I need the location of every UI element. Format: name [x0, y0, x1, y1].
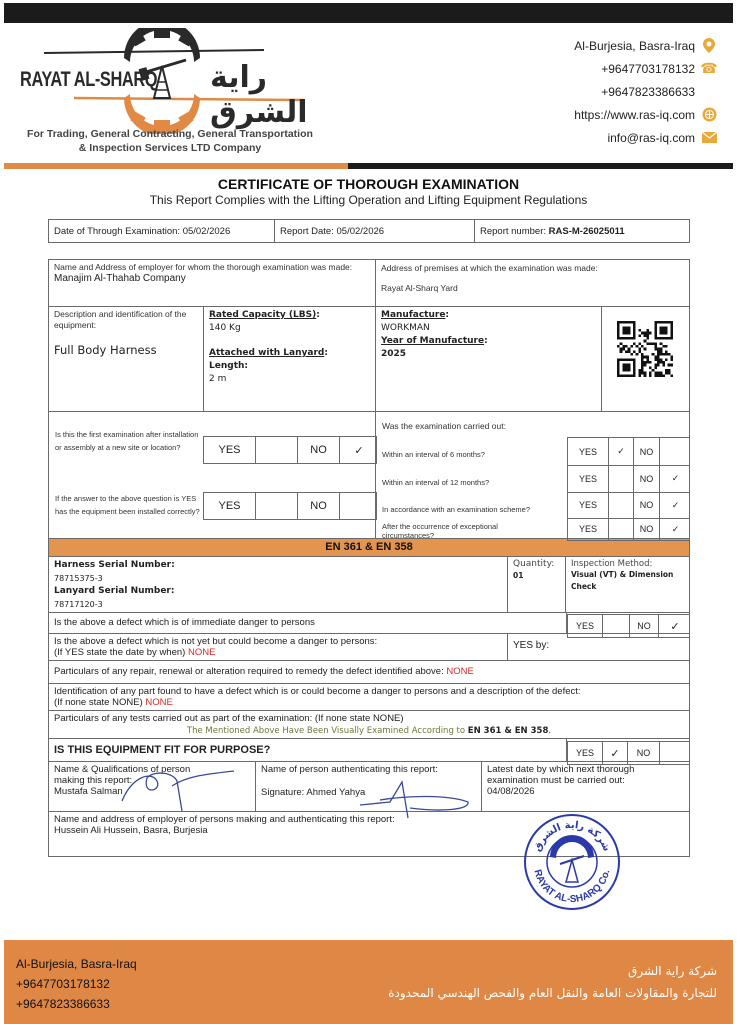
website-link[interactable]: https://www.ras-iq.com — [574, 108, 695, 122]
carried-out-1-yes-box[interactable] — [609, 465, 634, 492]
capacity-cell: Rated Capacity (LBS): 140 Kg Attached wi… — [204, 307, 376, 411]
authenticator-signature: Signature: Ahmed Yahya — [261, 787, 476, 798]
capacity-value: 140 Kg — [209, 322, 370, 335]
address-text: Al-Burjesia, Basra-Iraq — [574, 39, 695, 53]
carried-out-3-yes[interactable]: YES — [568, 518, 609, 540]
company-logo: RAYAT AL-SHARQ راية الشرق — [14, 28, 324, 134]
immediate-no-box[interactable]: ✓ — [659, 615, 691, 637]
serials-cell: Harness Serial Number: 78715375-3 Lanyar… — [49, 557, 508, 612]
footer: Al-Burjesia, Basra-Iraq +9647703178132 +… — [4, 940, 733, 1024]
location-pin-icon — [701, 38, 717, 54]
inspection-method-cell: Inspection Method: Visual (VT) & Dimensi… — [566, 557, 689, 612]
header-top-bar — [4, 3, 733, 23]
premises-value: Rayat Al-Sharq Yard — [381, 283, 684, 293]
header-divider-orange — [4, 163, 348, 169]
carried-out-3-no-box[interactable]: ✓ — [660, 518, 691, 540]
carried-out-2-yes[interactable]: YES — [568, 492, 609, 518]
installed-yes-box[interactable] — [256, 493, 298, 519]
footer-arabic-name: شركة راية الشرق للتجارة والمقاولات العام… — [388, 960, 717, 1004]
immediate-danger-answer: YES NO ✓ — [567, 614, 690, 638]
inspection-method: Visual (VT) & Dimension Check — [571, 569, 684, 593]
carried-out-2-no-box[interactable]: ✓ — [660, 492, 691, 518]
carried-out-0-no-box[interactable] — [660, 438, 691, 465]
fit-for-purpose-question: IS THIS EQUIPMENT FIT FOR PURPOSE? — [49, 739, 567, 761]
report-maker-cell: Name & Qualifications of person making t… — [49, 762, 256, 811]
tagline-line-2: & Inspection Services LTD Company — [20, 141, 320, 155]
contact-address: Al-Burjesia, Basra-Iraq — [574, 34, 717, 57]
next-exam-cell: Latest date by which next thorough exami… — [482, 762, 689, 811]
phone-2-text[interactable]: +9647823386633 — [601, 85, 695, 99]
carried-out-0-yes-box[interactable]: ✓ — [609, 438, 634, 465]
standard-band: EN 361 & EN 358 — [49, 539, 689, 557]
employer-cell: Name and Address of employer for whom th… — [49, 260, 376, 306]
tagline-line-1: For Trading, General Contracting, Genera… — [20, 127, 320, 141]
company-stamp: شركة راية الشرق RAYAT AL-SHARQ Co. — [522, 812, 622, 912]
serials-row: Harness Serial Number: 78715375-3 Lanyar… — [49, 557, 689, 613]
contact-website[interactable]: https://www.ras-iq.com — [574, 103, 717, 126]
report-dates-table: Date of Through Examination: 05/02/2026 … — [48, 219, 690, 243]
logo-text-en: RAYAT AL-SHARQ — [20, 68, 157, 92]
exam-date: 05/02/2026 — [183, 226, 231, 237]
first-exam-yes[interactable]: YES — [204, 437, 256, 463]
carried-out-2-no[interactable]: NO — [634, 492, 660, 518]
manufacture-cell: Manufacture: WORKMAN Year of Manufacture… — [376, 307, 602, 411]
fit-yes-box[interactable]: ✓ — [603, 742, 628, 764]
installed-no-box[interactable] — [340, 493, 378, 519]
company-tagline: For Trading, General Contracting, Genera… — [20, 127, 320, 155]
contact-email[interactable]: info@ras-iq.com — [574, 126, 717, 149]
carried-out-2-yes-box[interactable] — [609, 492, 634, 518]
carried-out-answer-1: YESNO✓ — [567, 465, 690, 493]
repair-value: NONE — [446, 666, 473, 677]
qr-code — [617, 321, 673, 377]
carried-out-0-yes[interactable]: YES — [568, 438, 609, 465]
carried-out-1-no[interactable]: NO — [634, 465, 660, 492]
globe-icon — [701, 107, 717, 123]
carried-out-answer-2: YESNO✓ — [567, 492, 690, 519]
footer-address: Al-Burjesia, Basra-Iraq — [16, 954, 137, 974]
fit-no-box[interactable] — [660, 742, 691, 764]
standard-label: EN 361 & EN 358 — [49, 539, 689, 556]
future-danger-row: Is the above a defect which is not yet b… — [49, 634, 689, 661]
report-number: RAS-M-26025011 — [549, 226, 625, 237]
quantity-value: 01 — [513, 571, 560, 580]
fit-no[interactable]: NO — [628, 742, 660, 764]
equipment-row: Description and identification of the eq… — [49, 307, 689, 412]
tests-row: Particulars of any tests carried out as … — [49, 711, 689, 739]
fit-yes[interactable]: YES — [568, 742, 603, 764]
future-danger-value: NONE — [188, 647, 215, 658]
carried-out-answer-0: YES✓NO — [567, 437, 690, 466]
signatures-row: Name & Qualifications of person making t… — [49, 762, 689, 812]
carried-out-3-no[interactable]: NO — [634, 518, 660, 540]
equipment-name: Full Body Harness — [54, 343, 198, 357]
carried-out-answer-3: YESNO✓ — [567, 518, 690, 541]
report-date: 05/02/2026 — [337, 226, 385, 237]
certificate-title: CERTIFICATE OF THOROUGH EXAMINATION — [0, 176, 737, 192]
lanyard-serial: 78717120-3 — [54, 598, 502, 611]
employer-name: Manajim Al-Thahab Company — [54, 273, 370, 284]
carried-out-0-no[interactable]: NO — [634, 438, 660, 465]
first-exam-answer: YES NO ✓ — [203, 436, 377, 464]
report-number-cell: Report number: RAS-M-26025011 — [475, 220, 690, 243]
premises-cell: Address of premises at which the examina… — [376, 260, 689, 306]
carried-out-1-no-box[interactable]: ✓ — [660, 465, 691, 492]
quantity-cell: Quantity: 01 — [508, 557, 566, 612]
defect-identification-value: NONE — [145, 697, 172, 708]
repair-row: Particulars of any repair, renewal or al… — [49, 661, 689, 684]
header-divider-black — [348, 163, 733, 169]
footer-phone-2[interactable]: +9647823386633 — [16, 994, 137, 1014]
envelope-icon — [701, 130, 717, 146]
fit-for-purpose-answer: YES ✓ NO — [567, 741, 690, 765]
manufacture-value: WORKMAN — [381, 322, 596, 335]
contact-phone-1[interactable]: +9647703178132 ☎ — [574, 57, 717, 80]
email-link[interactable]: info@ras-iq.com — [607, 131, 695, 145]
carried-out-1-yes[interactable]: YES — [568, 465, 609, 492]
harness-serial: 78715375-3 — [54, 572, 502, 585]
report-maker-name: Mustafa Salman — [54, 786, 250, 797]
logo-text-ar: راية الشرق — [210, 60, 324, 130]
first-exam-yes-box[interactable] — [256, 437, 298, 463]
certificate-subtitle: This Report Complies with the Lifting Op… — [0, 193, 737, 207]
immediate-no[interactable]: NO — [630, 615, 659, 637]
equipment-description-cell: Description and identification of the eq… — [49, 307, 204, 411]
next-exam-date: 04/08/2026 — [487, 786, 684, 797]
carried-out-3-yes-box[interactable] — [609, 518, 634, 540]
first-exam-no[interactable]: NO — [298, 437, 340, 463]
contact-info: Al-Burjesia, Basra-Iraq +9647703178132 ☎… — [574, 34, 717, 149]
footer-phone-1[interactable]: +9647703178132 — [16, 974, 137, 994]
exam-date-cell: Date of Through Examination: 05/02/2026 — [49, 220, 275, 243]
tests-value: The Mentioned Above Have Been Visually E… — [187, 726, 465, 736]
installed-no[interactable]: NO — [298, 493, 340, 519]
examination-form: Name and Address of employer for whom th… — [48, 259, 690, 857]
phone-1-text[interactable]: +9647703178132 — [601, 62, 695, 76]
first-exam-no-box[interactable]: ✓ — [340, 437, 378, 463]
report-date-cell: Report Date: 05/02/2026 — [275, 220, 475, 243]
immediate-yes-box[interactable] — [603, 615, 630, 637]
length-value: 2 m — [209, 373, 370, 386]
telephone-icon: ☎ — [701, 61, 717, 77]
year-value: 2025 — [381, 348, 596, 361]
immediate-yes[interactable]: YES — [568, 615, 603, 637]
authenticator-cell: Name of person authenticating this repor… — [256, 762, 482, 811]
employer-row: Name and Address of employer for whom th… — [49, 260, 689, 307]
installed-yes[interactable]: YES — [204, 493, 256, 519]
contact-phone-2[interactable]: +9647823386633 — [574, 80, 717, 103]
installed-correctly-answer: YES NO — [203, 492, 377, 520]
defect-identification-row: Identification of any part found to have… — [49, 684, 689, 711]
footer-contact: Al-Burjesia, Basra-Iraq +9647703178132 +… — [16, 954, 137, 1014]
